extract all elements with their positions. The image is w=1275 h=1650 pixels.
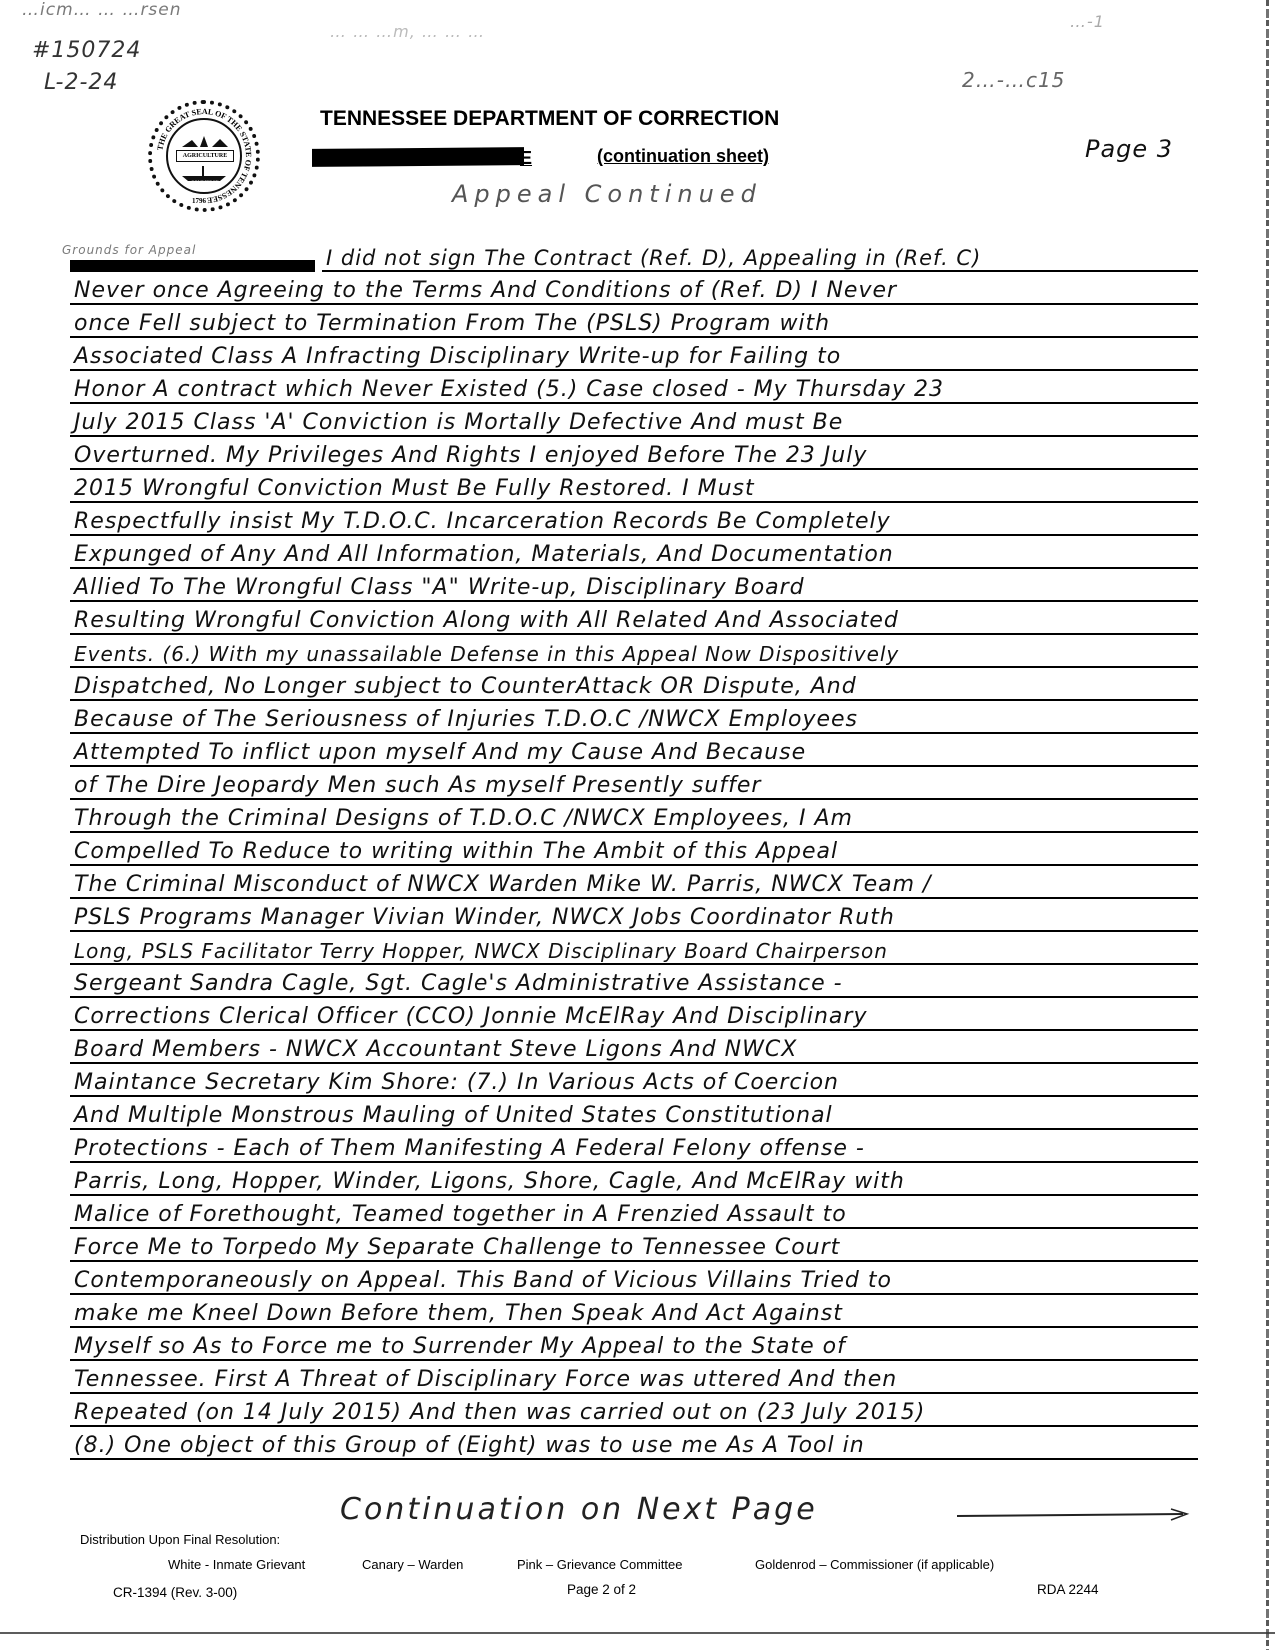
rda-number: RDA 2244	[1037, 1582, 1099, 1597]
body-line: Board Members - NWCX Accountant Steve Li…	[74, 1035, 797, 1065]
body-line: Through the Criminal Designs of T.D.O.C …	[74, 804, 853, 834]
margin-note-top-right: …-1	[1070, 12, 1105, 31]
svg-text:COMMERCE: COMMERCE	[191, 180, 219, 185]
inmate-number-note: #150724	[32, 38, 141, 63]
body-line: Allied To The Wrongful Class "A" Write-u…	[74, 573, 805, 603]
continuation-note: Continuation on Next Page	[340, 1492, 818, 1527]
body-line: make me Kneel Down Before them, Then Spe…	[74, 1299, 843, 1329]
body-line: Honor A contract which Never Existed (5.…	[74, 375, 944, 405]
form-name-tail: E	[520, 148, 532, 169]
page-indicator: Page 2 of 2	[567, 1582, 636, 1597]
body-line: Compelled To Reduce to writing within Th…	[74, 837, 838, 867]
body-line: of The Dire Jeopardy Men such As myself …	[74, 771, 761, 801]
body-line: Associated Class A Infracting Disciplina…	[74, 342, 841, 372]
body-line: Force Me to Torpedo My Separate Challeng…	[74, 1233, 840, 1263]
body-line: And Multiple Monstrous Mauling of United…	[74, 1101, 833, 1131]
arrow-right-icon	[955, 1508, 1195, 1522]
seal-inner-circle: AGRICULTURE COMMERCE	[166, 118, 242, 194]
handwritten-subtitle: Appeal Continued	[452, 180, 762, 208]
agency-title: TENNESSEE DEPARTMENT OF CORRECTION	[320, 107, 779, 131]
svg-text:1796: 1796	[192, 197, 207, 205]
body-line: The Criminal Misconduct of NWCX Warden M…	[74, 870, 931, 900]
tennessee-state-seal: THE GREAT SEAL OF THE STATE OF TENNESSEE…	[148, 100, 260, 212]
distribution-canary: Canary – Warden	[362, 1557, 463, 1572]
body-line: once Fell subject to Termination From Th…	[74, 309, 830, 339]
body-line: Maintance Secretary Kim Shore: (7.) In V…	[74, 1068, 839, 1098]
body-line: PSLS Programs Manager Vivian Winder, NWC…	[74, 903, 895, 933]
body-line: Tennessee. First A Threat of Disciplinar…	[74, 1365, 897, 1395]
scan-edge-right	[1266, 0, 1269, 1650]
body-line: I did not sign The Contract (Ref. D), Ap…	[326, 243, 981, 273]
grounds-label: Grounds for Appeal	[62, 243, 196, 257]
body-line: Overturned. My Privileges And Rights I e…	[74, 441, 867, 471]
sheet-type-label: (continuation sheet)	[597, 146, 769, 167]
seal-band: AGRICULTURE	[176, 150, 234, 162]
distribution-label: Distribution Upon Final Resolution:	[80, 1532, 280, 1547]
body-line: (8.) One object of this Group of (Eight)…	[74, 1431, 865, 1461]
body-line: Malice of Forethought, Teamed together i…	[74, 1200, 847, 1230]
margin-note-name: …icm… … …rsen	[22, 0, 182, 20]
body-line: Protections - Each of Them Manifesting A…	[74, 1134, 865, 1164]
body-line: Expunged of Any And All Information, Mat…	[74, 540, 894, 570]
redaction-bar-form-name	[312, 147, 524, 167]
body-line: Repeated (on 14 July 2015) And then was …	[74, 1398, 925, 1428]
body-line: Parris, Long, Hopper, Winder, Ligons, Sh…	[74, 1167, 905, 1197]
body-line: Corrections Clerical Officer (CCO) Jonni…	[74, 1002, 867, 1032]
body-line: Respectfully insist My T.D.O.C. Incarcer…	[74, 507, 891, 537]
reference-code-note: 2…-…c15	[962, 68, 1065, 92]
body-line: Attempted To inflict upon myself And my …	[74, 738, 806, 768]
distribution-goldenrod: Goldenrod – Commissioner (if applicable)	[755, 1557, 994, 1572]
margin-note-top-center: … … …m, … … …	[330, 22, 485, 41]
redaction-bar-grounds	[70, 260, 315, 272]
body-line: Events. (6.) With my unassailable Defens…	[74, 639, 899, 669]
body-line: Never once Agreeing to the Terms And Con…	[74, 276, 897, 306]
body-line: Sergeant Sandra Cagle, Sgt. Cagle's Admi…	[74, 969, 843, 999]
wheat-plow-icon	[178, 134, 230, 148]
body-line: Long, PSLS Facilitator Terry Hopper, NWC…	[74, 936, 888, 966]
form-number: CR-1394 (Rev. 3-00)	[113, 1585, 237, 1600]
body-line: Because of The Seriousness of Injuries T…	[74, 705, 858, 735]
distribution-white: White - Inmate Grievant	[168, 1557, 305, 1572]
page-number-note: Page 3	[1085, 135, 1173, 163]
scan-edge-bottom	[0, 1632, 1275, 1634]
body-line: July 2015 Class 'A' Conviction is Mortal…	[74, 408, 843, 438]
body-line: Contemporaneously on Appeal. This Band o…	[74, 1266, 892, 1296]
body-line: Myself so As to Force me to Surrender My…	[74, 1332, 846, 1362]
body-line: Resulting Wrongful Conviction Along with…	[74, 606, 899, 636]
body-line: 2015 Wrongful Conviction Must Be Fully R…	[74, 474, 755, 504]
body-line: Dispatched, No Longer subject to Counter…	[74, 672, 857, 702]
housing-unit-note: L-2-24	[44, 70, 118, 95]
riverboat-icon: COMMERCE	[178, 164, 230, 184]
distribution-pink: Pink – Grievance Committee	[517, 1557, 682, 1572]
